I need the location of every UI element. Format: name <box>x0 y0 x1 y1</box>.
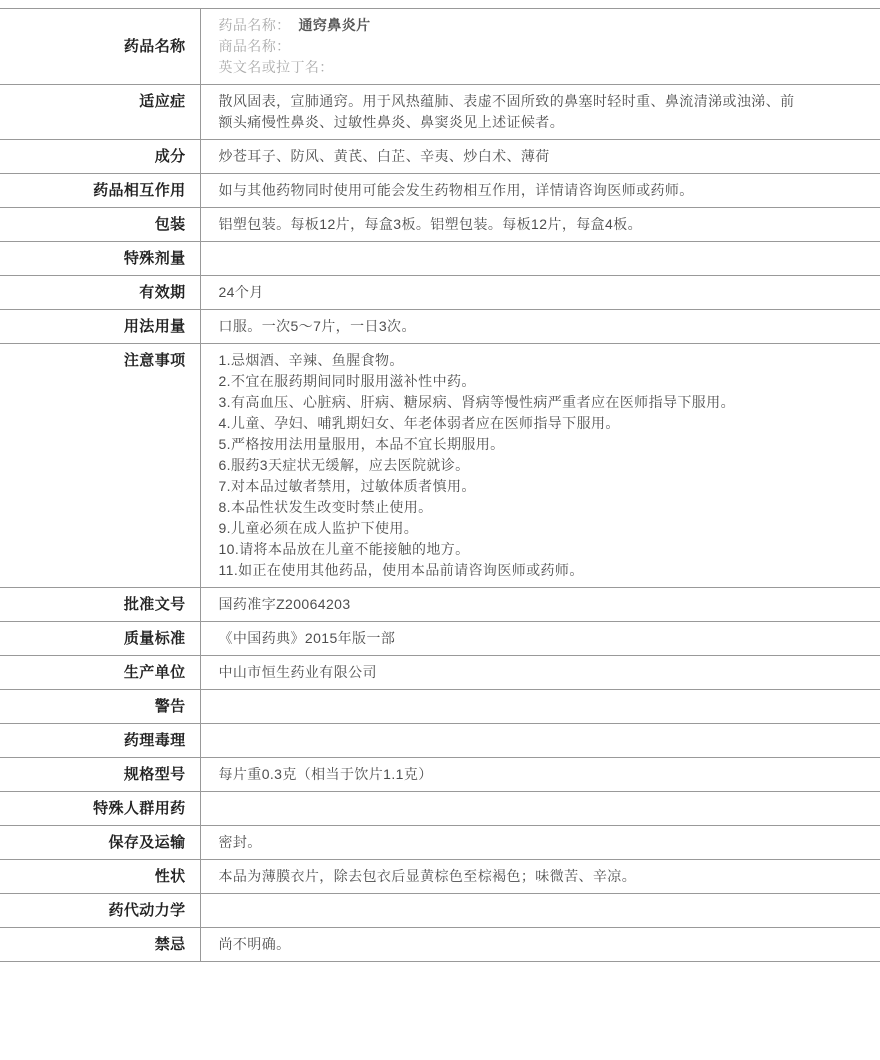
row-value <box>200 690 880 724</box>
table-row: 药理毒理 <box>0 724 880 758</box>
table-row: 特殊剂量 <box>0 242 880 276</box>
row-label: 成分 <box>0 140 200 174</box>
table-row: 成分炒苍耳子、防风、黄芪、白芷、辛夷、炒白术、薄荷 <box>0 140 880 174</box>
row-label: 警告 <box>0 690 200 724</box>
table-row: 质量标准《中国药典》2015年版一部 <box>0 622 880 656</box>
row-value: 每片重0.3克（相当于饮片1.1克） <box>200 758 880 792</box>
table-row: 有效期24个月 <box>0 276 880 310</box>
precaution-line: 5.严格按用法用量服用，本品不宜长期服用。 <box>219 434 801 455</box>
row-label: 药品名称 <box>0 9 200 85</box>
field-label: 药品名称： <box>219 17 291 33</box>
table-row: 警告 <box>0 690 880 724</box>
field-label: 英文名或拉丁名： <box>219 59 334 75</box>
row-label: 规格型号 <box>0 758 200 792</box>
row-label: 特殊剂量 <box>0 242 200 276</box>
table-row: 用法用量口服。一次5～7片，一日3次。 <box>0 310 880 344</box>
table-row: 性状本品为薄膜衣片，除去包衣后显黄棕色至棕褐色；味微苦、辛凉。 <box>0 860 880 894</box>
precaution-line: 9.儿童必须在成人监护下使用。 <box>219 518 801 539</box>
name-field-line: 商品名称： <box>219 36 801 57</box>
drug-name-value: 通窍鼻炎片 <box>299 17 371 33</box>
precaution-line: 7.对本品过敏者禁用，过敏体质者慎用。 <box>219 476 801 497</box>
row-value: 密封。 <box>200 826 880 860</box>
table-row: 注意事项1.忌烟酒、辛辣、鱼腥食物。2.不宜在服药期间同时服用滋补性中药。3.有… <box>0 344 880 588</box>
drug-info-table: 药品名称药品名称：通窍鼻炎片商品名称：英文名或拉丁名：适应症散风固表，宣肺通窍。… <box>0 8 880 962</box>
precaution-line: 11.如正在使用其他药品，使用本品前请咨询医师或药师。 <box>219 560 801 581</box>
row-value: 中山市恒生药业有限公司 <box>200 656 880 690</box>
row-value: 炒苍耳子、防风、黄芪、白芷、辛夷、炒白术、薄荷 <box>200 140 880 174</box>
row-value: 药品名称：通窍鼻炎片商品名称：英文名或拉丁名： <box>200 9 880 85</box>
row-label: 生产单位 <box>0 656 200 690</box>
row-label: 注意事项 <box>0 344 200 588</box>
row-value: 《中国药典》2015年版一部 <box>200 622 880 656</box>
row-value: 口服。一次5～7片，一日3次。 <box>200 310 880 344</box>
precaution-line: 10.请将本品放在儿童不能接触的地方。 <box>219 539 801 560</box>
table-row: 特殊人群用药 <box>0 792 880 826</box>
row-value <box>200 792 880 826</box>
row-label: 批准文号 <box>0 588 200 622</box>
row-label: 药代动力学 <box>0 894 200 928</box>
row-label: 适应症 <box>0 85 200 140</box>
row-label: 性状 <box>0 860 200 894</box>
row-label: 有效期 <box>0 276 200 310</box>
field-label: 商品名称： <box>219 38 291 54</box>
row-value: 国药准字Z20064203 <box>200 588 880 622</box>
row-label: 质量标准 <box>0 622 200 656</box>
table-row: 规格型号每片重0.3克（相当于饮片1.1克） <box>0 758 880 792</box>
precaution-line: 3.有高血压、心脏病、肝病、糖尿病、肾病等慢性病严重者应在医师指导下服用。 <box>219 392 801 413</box>
row-label: 药理毒理 <box>0 724 200 758</box>
row-value: 1.忌烟酒、辛辣、鱼腥食物。2.不宜在服药期间同时服用滋补性中药。3.有高血压、… <box>200 344 880 588</box>
precaution-line: 4.儿童、孕妇、哺乳期妇女、年老体弱者应在医师指导下服用。 <box>219 413 801 434</box>
table-row: 药代动力学 <box>0 894 880 928</box>
row-label: 药品相互作用 <box>0 174 200 208</box>
precaution-line: 6.服药3天症状无缓解，应去医院就诊。 <box>219 455 801 476</box>
name-field-line: 英文名或拉丁名： <box>219 57 801 78</box>
table-row: 批准文号国药准字Z20064203 <box>0 588 880 622</box>
row-value <box>200 724 880 758</box>
drug-name-row: 药品名称药品名称：通窍鼻炎片商品名称：英文名或拉丁名： <box>0 9 880 85</box>
precaution-line: 2.不宜在服药期间同时服用滋补性中药。 <box>219 371 801 392</box>
row-value <box>200 894 880 928</box>
row-value: 如与其他药物同时使用可能会发生药物相互作用，详情请咨询医师或药师。 <box>200 174 880 208</box>
row-value: 尚不明确。 <box>200 928 880 962</box>
table-row: 生产单位中山市恒生药业有限公司 <box>0 656 880 690</box>
row-value: 24个月 <box>200 276 880 310</box>
row-value: 本品为薄膜衣片，除去包衣后显黄棕色至棕褐色；味微苦、辛凉。 <box>200 860 880 894</box>
precaution-line: 1.忌烟酒、辛辣、鱼腥食物。 <box>219 350 801 371</box>
row-label: 包装 <box>0 208 200 242</box>
row-value: 铝塑包装。每板12片，每盒3板。铝塑包装。每板12片，每盒4板。 <box>200 208 880 242</box>
row-label: 特殊人群用药 <box>0 792 200 826</box>
row-label: 禁忌 <box>0 928 200 962</box>
name-field-line: 药品名称：通窍鼻炎片 <box>219 15 801 36</box>
row-label: 用法用量 <box>0 310 200 344</box>
drug-info-table-body: 药品名称药品名称：通窍鼻炎片商品名称：英文名或拉丁名：适应症散风固表，宣肺通窍。… <box>0 9 880 962</box>
table-row: 禁忌尚不明确。 <box>0 928 880 962</box>
row-value: 散风固表，宣肺通窍。用于风热蕴肺、表虚不固所致的鼻塞时轻时重、鼻流清涕或浊涕、前… <box>200 85 880 140</box>
table-row: 药品相互作用如与其他药物同时使用可能会发生药物相互作用，详情请咨询医师或药师。 <box>0 174 880 208</box>
table-row: 包装铝塑包装。每板12片，每盒3板。铝塑包装。每板12片，每盒4板。 <box>0 208 880 242</box>
row-value <box>200 242 880 276</box>
row-label: 保存及运输 <box>0 826 200 860</box>
precaution-line: 8.本品性状发生改变时禁止使用。 <box>219 497 801 518</box>
table-row: 保存及运输密封。 <box>0 826 880 860</box>
table-row: 适应症散风固表，宣肺通窍。用于风热蕴肺、表虚不固所致的鼻塞时轻时重、鼻流清涕或浊… <box>0 85 880 140</box>
